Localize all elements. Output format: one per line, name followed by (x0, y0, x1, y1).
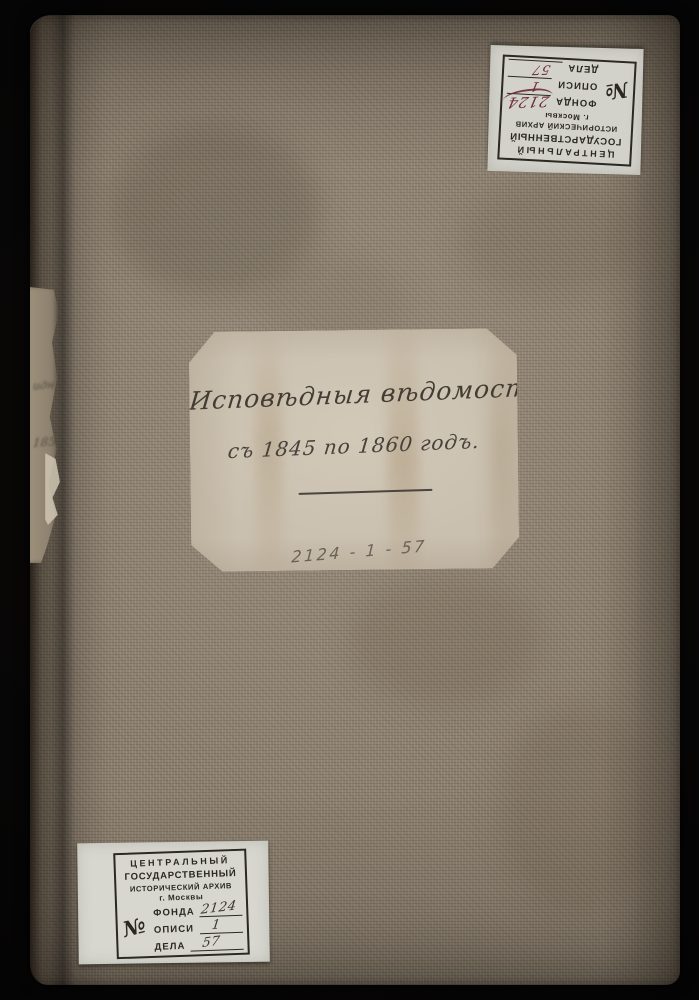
stamp-rows: ФОНДА 2124 ОПИСИ 1 ДЕЛА 57 (505, 57, 599, 113)
photo-background: идн 1850 ЦЕНТРАЛЬНЫЙ ГОСУДАРСТВЕННЫЙ ИСТ… (0, 0, 699, 1000)
delo-label: ДЕЛА (567, 62, 599, 75)
opis-label: ОПИСИ (557, 78, 598, 91)
title-handwritten-line1: Исповѣдныя вѣдомости (188, 373, 525, 416)
opis-value-handwritten: 1 (529, 78, 541, 93)
cover-stain (500, 705, 660, 915)
delo-value-handwritten: 57 (531, 61, 552, 76)
book-cover: идн 1850 ЦЕНТРАЛЬНЫЙ ГОСУДАРСТВЕННЫЙ ИСТ… (30, 15, 680, 985)
title-handwritten-line2: съ 1845 по 1860 годъ. (189, 427, 519, 464)
spine-hinge-shadow (64, 15, 77, 985)
cover-stain (350, 575, 540, 705)
archive-stamp: ЦЕНТРАЛЬНЫЙ ГОСУДАРСТВЕННЫЙ ИСТОРИЧЕСКИЙ… (497, 54, 636, 166)
number-sign: № (603, 77, 629, 105)
delo-underline (191, 949, 244, 952)
archive-stamp: ЦЕНТРАЛЬНЫЙ ГОСУДАРСТВЕННЫЙ ИСТОРИЧЕСКИЙ… (113, 849, 250, 960)
archive-org-line1: ЦЕНТРАЛЬНЫЙ (115, 855, 244, 869)
title-label: Исповѣдныя вѣдомости съ 1845 по 1860 год… (189, 328, 520, 572)
number-sign: № (120, 912, 148, 942)
fond-label: ФОНДА (153, 906, 195, 918)
spine-faded-text: идн (32, 378, 55, 392)
opis-label: ОПИСИ (154, 923, 195, 935)
cover-stain (460, 185, 640, 295)
delo-label: ДЕЛА (154, 941, 185, 953)
delo-value-handwritten: 57 (201, 934, 221, 951)
fond-label: ФОНДА (555, 95, 597, 108)
archive-label-bottom: ЦЕНТРАЛЬНЫЙ ГОСУДАРСТВЕННЫЙ ИСТОРИЧЕСКИЙ… (77, 841, 270, 965)
delo-row: ДЕЛА 57 (154, 935, 245, 955)
stamp-rows: ФОНДА 2124 ОПИСИ 1 ДЕЛА 57 (153, 901, 245, 955)
archive-label-top: ЦЕНТРАЛЬНЫЙ ГОСУДАРСТВЕННЫЙ ИСТОРИЧЕСКИЙ… (487, 45, 643, 175)
cover-stain (110, 125, 320, 295)
opis-value-handwritten: 1 (211, 917, 222, 933)
